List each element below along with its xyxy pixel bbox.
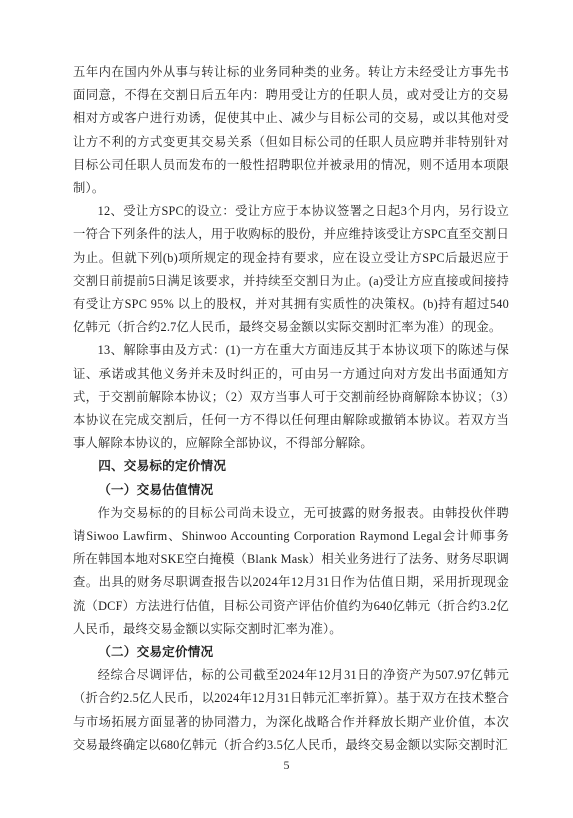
paragraph: 作为交易标的的目标公司尚未设立，无可披露的财务报表。由韩投伙伴聘请Siwoo L… [73,502,509,641]
document-page: 五年内在国内外从事与转让标的业务同种类的业务。转让方未经受让方事先书面同意，不得… [0,0,573,818]
page-footer: 5 [0,757,573,773]
document-content: 五年内在国内外从事与转让标的业务同种类的业务。转让方未经受让方事先书面同意，不得… [73,61,509,757]
paragraph: 13、解除事由及方式：(1)一方在重大方面违反其于本协议项下的陈述与保证、承诺或… [73,339,509,455]
section-heading: 四、交易标的定价情况 [73,455,509,478]
paragraph: 经综合尽调评估，标的公司截至2024年12月31日的净资产为507.97亿韩元（… [73,664,509,757]
paragraph: 五年内在国内外从事与转让标的业务同种类的业务。转让方未经受让方事先书面同意，不得… [73,61,509,200]
section-heading: （一）交易估值情况 [73,479,509,502]
section-heading: （二）交易定价情况 [73,641,509,664]
page-number: 5 [284,758,290,772]
paragraph: 12、受让方SPC的设立：受让方应于本协议签署之日起3个月内，另行设立一符合下列… [73,200,509,339]
